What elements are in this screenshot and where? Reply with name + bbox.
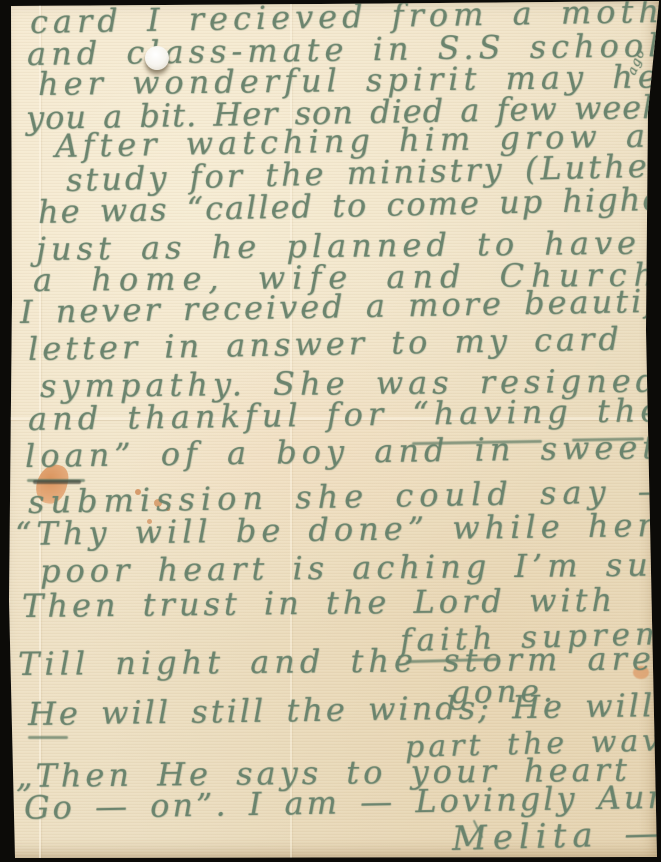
red-fleck — [3, 111, 9, 119]
ink-smudge — [33, 480, 81, 484]
handwriting-line: Till night and the storm are — [18, 642, 656, 681]
ink-underline — [28, 736, 68, 739]
hole-punch — [145, 46, 169, 70]
handwriting-line: Then trust in the Lord with — [22, 584, 616, 624]
letter-paper: card I recieved from a mother and class-… — [0, 0, 661, 862]
scanned-letter-page: { "letter": { "colors": { "ink": "#67826… — [0, 0, 661, 862]
handwriting-line: letter in answer to my card of — [28, 322, 661, 367]
red-fleck — [2, 416, 7, 423]
handwriting-line: loan” of a boy and in sweet — [25, 431, 661, 473]
rust-stain — [20, 561, 38, 587]
handwriting-line: “Thy will be done” while her — [15, 509, 658, 552]
